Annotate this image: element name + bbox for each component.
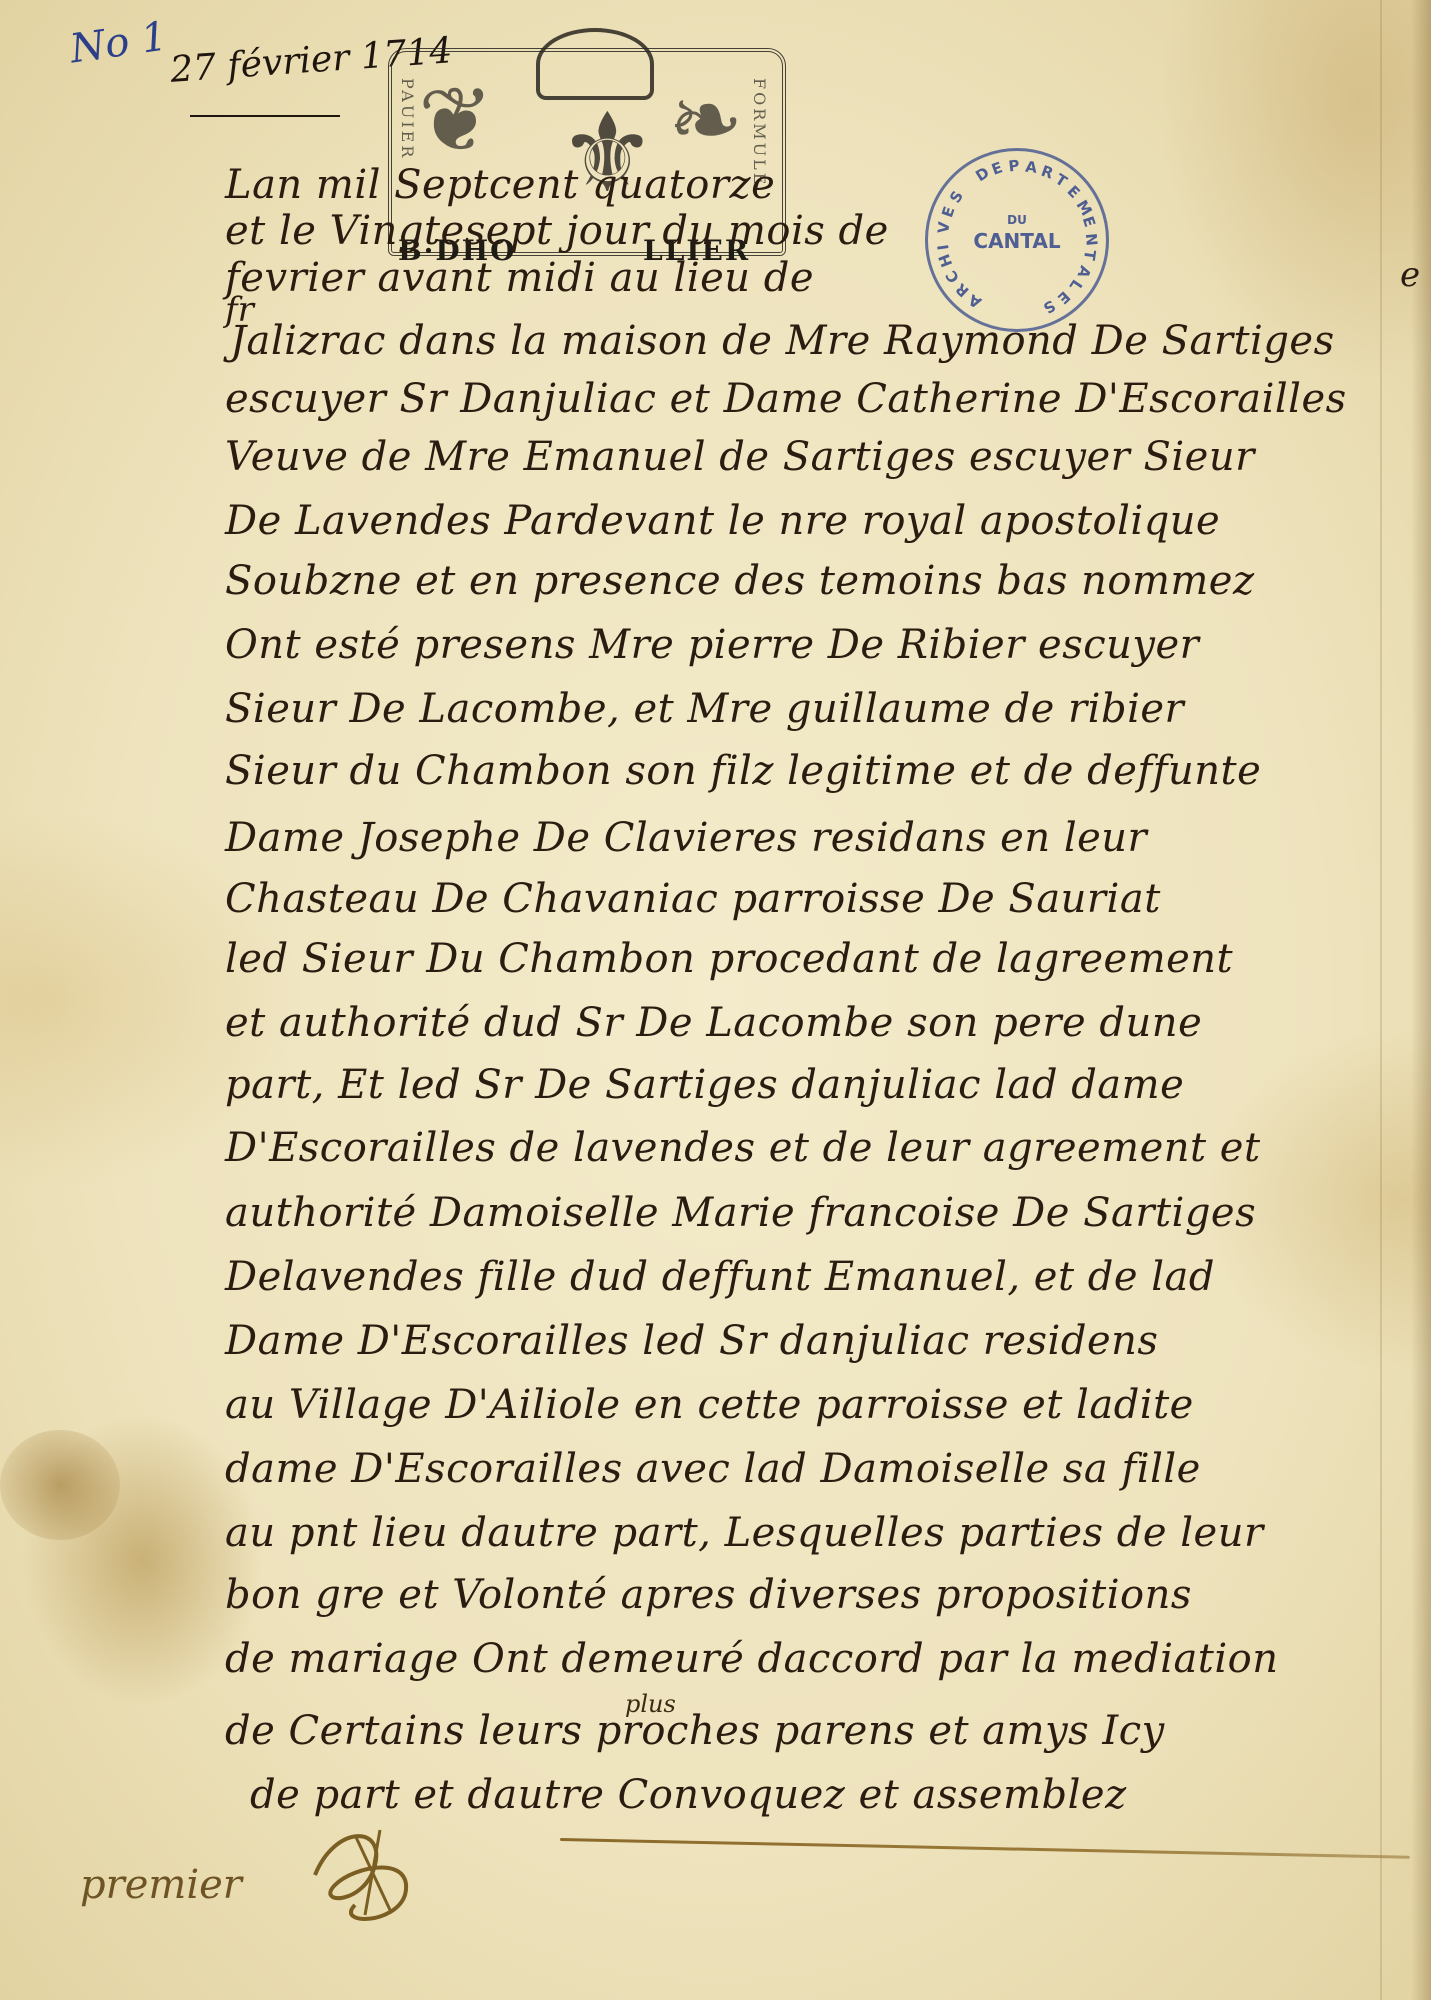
date-underline <box>190 115 340 117</box>
paper-edge-shadow <box>1411 0 1431 2000</box>
manuscript-line: Delavendes fille dud deffunt Emanuel, et… <box>225 1254 1215 1300</box>
manuscript-line: Sieur De Lacombe, et Mre guillaume de ri… <box>225 686 1184 732</box>
manuscript-line: bon gre et Volonté apres diverses propos… <box>225 1572 1192 1618</box>
archive-number: No 1 <box>67 13 170 72</box>
manuscript-line: Ont esté presens Mre pierre De Ribier es… <box>225 622 1199 668</box>
signature-label: premier <box>80 1862 242 1908</box>
manuscript-line: Veuve de Mre Emanuel de Sartiges escuyer… <box>225 434 1255 480</box>
manuscript-line: au pnt lieu dautre part, Lesquelles part… <box>225 1510 1264 1556</box>
margin-mark: fr <box>225 290 254 330</box>
manuscript-line: authorité Damoiselle Marie francoise De … <box>225 1190 1256 1236</box>
manuscript-line: Dame D'Escorailles led Sr danjuliac resi… <box>225 1318 1158 1364</box>
manuscript-line: au Village D'Ailiole en cette parroisse … <box>225 1382 1194 1428</box>
manuscript-line: Dame Josephe De Clavieres residans en le… <box>225 815 1147 861</box>
manuscript-line: de Certains leurs proches parens et amys… <box>225 1708 1165 1754</box>
manuscript-line: escuyer Sr Danjuliac et Dame Catherine D… <box>225 376 1347 422</box>
scroll-ornament-icon: ❦ <box>418 68 493 173</box>
manuscript-line: led Sieur Du Chambon procedant de lagree… <box>225 936 1233 982</box>
paper-fold <box>1380 0 1382 2000</box>
archive-number-text: No 1 <box>67 13 170 72</box>
manuscript-line: Sieur du Chambon son filz legitime et de… <box>225 748 1261 794</box>
manuscript-line: de part et dautre Convoquez et assemblez <box>250 1772 1127 1818</box>
manuscript-line: Chasteau De Chavaniac parroisse De Sauri… <box>225 876 1161 922</box>
manuscript-line: Soubzne et en presence des temoins bas n… <box>225 558 1255 604</box>
manuscript-page: No 1 27 février 1714 ❦ ⚜ ❧ PAUIER FORMUL… <box>0 0 1431 2000</box>
manuscript-line: part, Et led Sr De Sartiges danjuliac la… <box>225 1062 1184 1108</box>
manuscript-line: Jalizrac dans la maison de Mre Raymond D… <box>230 318 1335 364</box>
seal-side-text: PAUIER <box>398 78 417 160</box>
stamp-center: DU CANTAL <box>928 213 1106 253</box>
manuscript-line: fevrier avant midi au lieu de <box>225 255 814 301</box>
scroll-ornament-icon: ❧ <box>668 68 743 173</box>
closing-flourish <box>560 1838 1410 1859</box>
water-stain <box>0 1430 120 1540</box>
manuscript-line: D'Escorailles de lavendes et de leur agr… <box>225 1125 1261 1171</box>
manuscript-line: De Lavendes Pardevant le nre royal apost… <box>225 498 1220 544</box>
manuscript-line: et le Vingtesept jour du mois de <box>225 208 889 254</box>
manuscript-line: de mariage Ont demeuré daccord par la me… <box>225 1636 1279 1682</box>
manuscript-line: dame D'Escorailles avec lad Damoiselle s… <box>225 1446 1201 1492</box>
archives-stamp: ARCHIVES DEPARTEMENTALES DU CANTAL <box>925 148 1109 332</box>
manuscript-line: Lan mil Septcent quatorze <box>225 162 775 208</box>
signature-paraph-icon <box>295 1815 445 1935</box>
manuscript-line: et authorité dud Sr De Lacombe son pere … <box>225 1000 1202 1046</box>
stamp-department: CANTAL <box>928 229 1106 253</box>
margin-mark: e <box>1400 255 1420 295</box>
stamp-du: DU <box>928 213 1106 227</box>
